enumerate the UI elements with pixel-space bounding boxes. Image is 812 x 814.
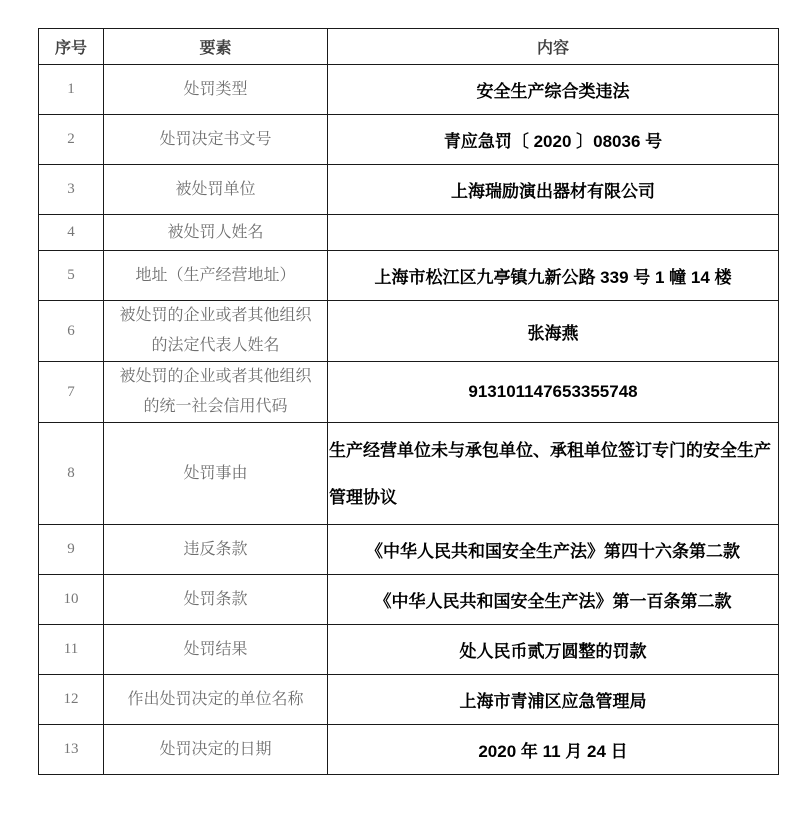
row-label: 处罚条款 [104,575,328,625]
row-label: 作出处罚决定的单位名称 [104,675,328,725]
row-content: 张海燕 [328,301,779,362]
row-label: 处罚结果 [104,625,328,675]
row-number: 1 [39,65,104,115]
row-label: 被处罚人姓名 [104,215,328,251]
column-header-content: 内容 [328,29,779,65]
table-row: 8处罚事由生产经营单位未与承包单位、承租单位签订专门的安全生产管理协议 [39,423,779,525]
column-header-no: 序号 [39,29,104,65]
row-content: 安全生产综合类违法 [328,65,779,115]
row-label: 处罚决定书文号 [104,115,328,165]
row-number: 4 [39,215,104,251]
table-row: 6被处罚的企业或者其他组织的法定代表人姓名张海燕 [39,301,779,362]
penalty-table-body: 1处罚类型安全生产综合类违法2处罚决定书文号青应急罚〔 2020 〕08036 … [39,65,779,775]
row-label: 处罚决定的日期 [104,725,328,775]
row-content: 上海瑞励演出器材有限公司 [328,165,779,215]
row-content: 上海市松江区九亭镇九新公路 339 号 1 幢 14 楼 [328,251,779,301]
row-number: 10 [39,575,104,625]
row-content: 生产经营单位未与承包单位、承租单位签订专门的安全生产管理协议 [328,423,779,525]
row-label: 被处罚单位 [104,165,328,215]
row-number: 7 [39,362,104,423]
row-label: 被处罚的企业或者其他组织的统一社会信用代码 [104,362,328,423]
row-label: 被处罚的企业或者其他组织的法定代表人姓名 [104,301,328,362]
header-row: 序号 要素 内容 [39,29,779,65]
table-row: 3被处罚单位上海瑞励演出器材有限公司 [39,165,779,215]
table-header: 序号 要素 内容 [39,29,779,65]
table-row: 9违反条款《中华人民共和国安全生产法》第四十六条第二款 [39,525,779,575]
row-content: 处人民币贰万圆整的罚款 [328,625,779,675]
row-number: 8 [39,423,104,525]
row-content: 《中华人民共和国安全生产法》第一百条第二款 [328,575,779,625]
row-number: 13 [39,725,104,775]
table-row: 1处罚类型安全生产综合类违法 [39,65,779,115]
row-number: 2 [39,115,104,165]
table-row: 4被处罚人姓名 [39,215,779,251]
penalty-table: 序号 要素 内容 1处罚类型安全生产综合类违法2处罚决定书文号青应急罚〔 202… [38,28,779,775]
column-header-element: 要素 [104,29,328,65]
row-number: 9 [39,525,104,575]
row-content: 上海市青浦区应急管理局 [328,675,779,725]
table-row: 11处罚结果处人民币贰万圆整的罚款 [39,625,779,675]
table-row: 10处罚条款《中华人民共和国安全生产法》第一百条第二款 [39,575,779,625]
row-number: 12 [39,675,104,725]
row-content [328,215,779,251]
table-row: 12作出处罚决定的单位名称上海市青浦区应急管理局 [39,675,779,725]
row-label: 地址（生产经营地址） [104,251,328,301]
row-content: 青应急罚〔 2020 〕08036 号 [328,115,779,165]
row-content: 《中华人民共和国安全生产法》第四十六条第二款 [328,525,779,575]
table-row: 5地址（生产经营地址）上海市松江区九亭镇九新公路 339 号 1 幢 14 楼 [39,251,779,301]
penalty-record-page: 序号 要素 内容 1处罚类型安全生产综合类违法2处罚决定书文号青应急罚〔 202… [0,0,812,814]
table-row: 2处罚决定书文号青应急罚〔 2020 〕08036 号 [39,115,779,165]
row-label: 处罚事由 [104,423,328,525]
row-content: 2020 年 11 月 24 日 [328,725,779,775]
row-number: 11 [39,625,104,675]
row-label: 处罚类型 [104,65,328,115]
row-number: 6 [39,301,104,362]
row-label: 违反条款 [104,525,328,575]
table-row: 7被处罚的企业或者其他组织的统一社会信用代码913101147653355748 [39,362,779,423]
row-number: 3 [39,165,104,215]
table-row: 13处罚决定的日期2020 年 11 月 24 日 [39,725,779,775]
row-number: 5 [39,251,104,301]
row-content: 913101147653355748 [328,362,779,423]
